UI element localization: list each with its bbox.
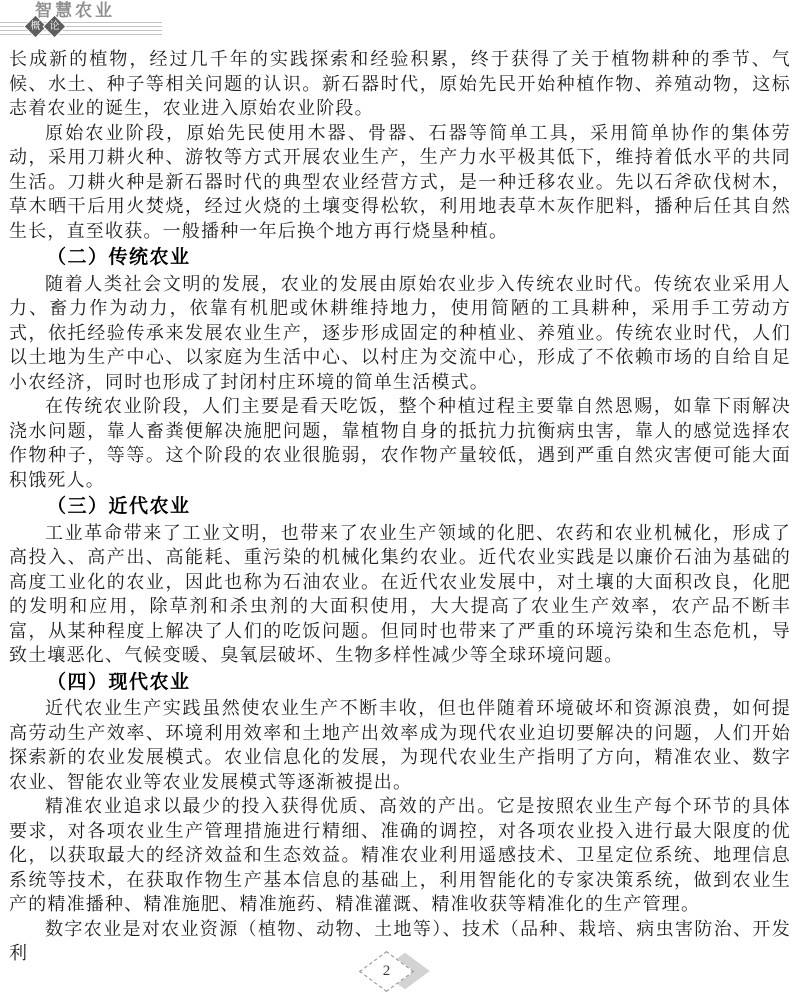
body-paragraph: 近代农业生产实践虽然使农业生产不断丰收，但也伴随着环境破坏和资源浪费，如何提高劳… — [9, 696, 791, 794]
page-body: 长成新的植物，经过几千年的实践探索和经验积累，终于获得了关于植物耕种的季节、气候… — [0, 47, 800, 966]
section-heading: （四）现代农业 — [9, 671, 791, 696]
body-paragraph: 长成新的植物，经过几千年的实践探索和经验积累，终于获得了关于植物耕种的季节、气候… — [9, 47, 791, 121]
book-title: 智慧农业 — [35, 2, 200, 19]
book-logo: 智慧农业 概 论 — [0, 2, 200, 37]
body-paragraph: 在传统农业阶段，人们主要是看天吃饭，整个种植过程主要靠自然恩赐，如靠下雨解决浇水… — [9, 394, 791, 492]
logo-badges: 概 论 — [28, 19, 62, 34]
body-paragraph: 工业革命带来了工业文明，也带来了农业生产领域的化肥、农药和农业机械化，形成了高投… — [9, 521, 791, 668]
badge-char: 概 — [31, 22, 41, 32]
section-heading: （三）近代农业 — [9, 495, 791, 520]
badge-char: 论 — [50, 22, 60, 32]
page-header: 智慧农业 概 论 — [0, 0, 800, 46]
page-number-ornament: 2 — [362, 948, 442, 994]
diamond-badge-icon: 论 — [44, 16, 65, 37]
body-paragraph: 随着人类社会文明的发展，农业的发展由原始农业步入传统农业时代。传统农业采用人力、… — [9, 272, 791, 395]
section-heading: （二）传统农业 — [9, 246, 791, 271]
body-paragraph: 精准农业追求以最少的投入获得优质、高效的产出。它是按照农业生产每个环节的具体要求… — [9, 794, 791, 917]
page-footer: 2 — [0, 944, 800, 1000]
logo-ruled-lines: 概 论 — [0, 22, 162, 37]
body-paragraph: 原始农业阶段，原始先民使用木器、骨器、石器等简单工具，采用简单协作的集体劳动，采… — [9, 121, 791, 244]
page-number: 2 — [372, 957, 401, 986]
